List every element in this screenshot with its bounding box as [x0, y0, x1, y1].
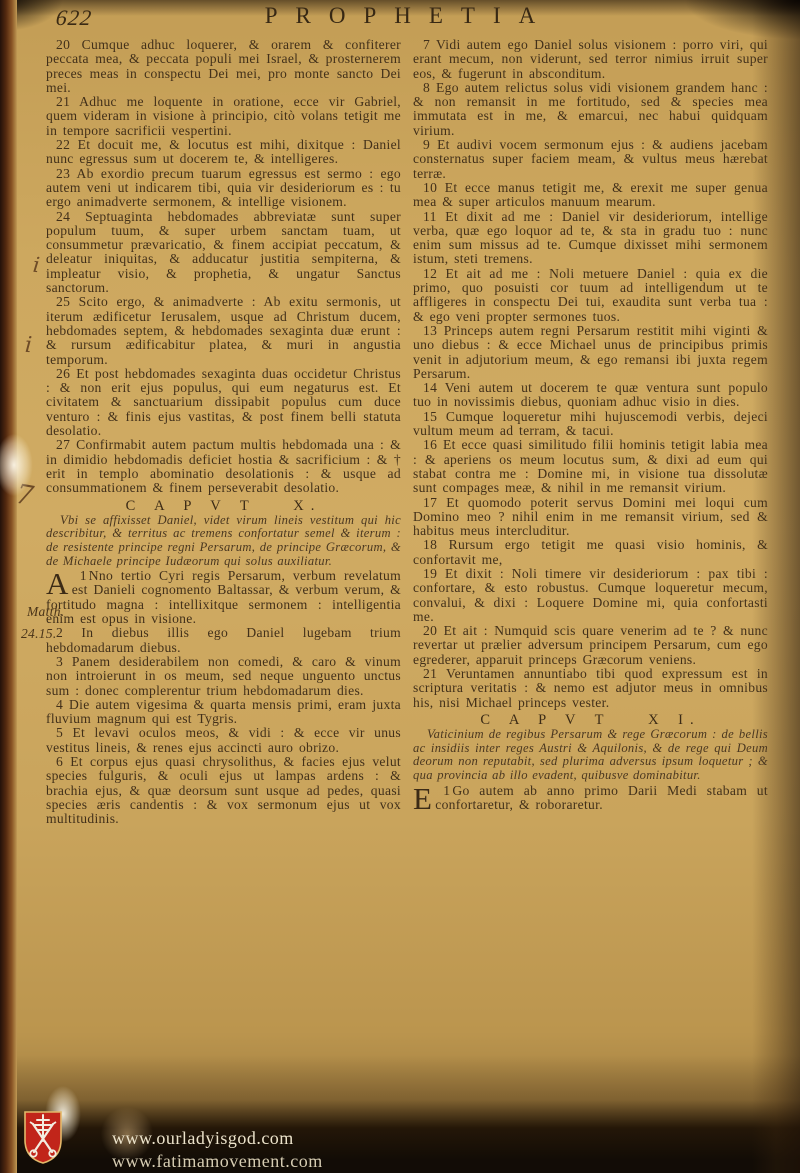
verse: 25 Scito ergo, & animadverte : Ab exitu …	[46, 295, 401, 366]
handwritten-margin-mark: i	[24, 333, 33, 358]
watermark-url-fatimamovement: www.fatimamovement.com	[112, 1151, 323, 1172]
verse: 20 Et ait : Numquid scis quare venerim a…	[413, 624, 768, 667]
verse: 3 Panem desiderabilem non comedi, & caro…	[46, 655, 401, 698]
verse-with-dropcap: 1ANno tertio Cyri regis Persarum, verbum…	[46, 569, 401, 626]
verse-text: Nno tertio Cyri regis Persarum, verbum r…	[46, 568, 401, 626]
verse-with-dropcap: 1EGo autem ab anno primo Darii Medi stab…	[413, 784, 768, 813]
verse: 23 Ab exordio precum tuarum egressus est…	[46, 167, 401, 210]
page-number: 622	[55, 5, 94, 31]
chapter-argument: Vbi se affixisset Daniel, videt virum li…	[46, 514, 401, 568]
book-binding-edge	[0, 0, 17, 1173]
verse: 13 Princeps autem regni Persarum restiti…	[413, 324, 768, 381]
margin-cross-reference-book: Matth.	[27, 604, 64, 620]
verse: 16 Et ecce quasi similitudo filii homini…	[413, 438, 768, 495]
handwritten-margin-mark: i	[32, 253, 41, 278]
verse-number: 1	[72, 568, 89, 583]
verse: 26 Et post hebdomades sexaginta duas occ…	[46, 367, 401, 438]
verse: 10 Et ecce manus tetigit me, & erexit me…	[413, 181, 768, 210]
handwritten-margin-mark: 7	[13, 479, 35, 513]
verse: 27 Confirmabit autem pactum multis hebdo…	[46, 438, 401, 495]
verse: 21 Adhuc me loquente in oratione, ecce v…	[46, 95, 401, 138]
chapter-heading-caput-x: C A P V T X.	[46, 499, 401, 513]
verse: 5 Et levavi oculos meos, & vidi : & ecce…	[46, 726, 401, 755]
chapter-heading-caput-xi: C A P V T X I.	[413, 713, 768, 727]
verse-number: 1	[435, 783, 452, 798]
verse: 15 Cumque loqueretur mihi hujuscemodi ve…	[413, 410, 768, 439]
verse-text: Go autem ab anno primo Darii Medi stabam…	[435, 783, 768, 812]
papal-crest-crossed-keys-icon	[22, 1107, 64, 1165]
dropcap-initial: A	[46, 569, 72, 596]
margin-cross-reference-verse: 24.15.	[21, 626, 57, 642]
chapter-argument: Vaticinium de regibus Persarum & rege Gr…	[413, 728, 768, 782]
dropcap-initial: E	[413, 784, 435, 811]
verse: 22 Et docuit me, & locutus est mihi, dix…	[46, 138, 401, 167]
running-title: PROPHETIA	[120, 3, 680, 29]
verse: 6 Et corpus ejus quasi chrysolithus, & f…	[46, 755, 401, 826]
verse: 20 Cumque adhuc loquerer, & orarem & con…	[46, 38, 401, 95]
verse: 24 Septuaginta hebdomades abbreviatæ sun…	[46, 210, 401, 296]
verse: 12 Et ait ad me : Noli metuere Daniel : …	[413, 267, 768, 324]
verse: 7 Vidi autem ego Daniel solus visionem :…	[413, 38, 768, 81]
verse: 17 Et quomodo poterit servus Domini mei …	[413, 496, 768, 539]
verse: 11 Et dixit ad me : Daniel vir desiderio…	[413, 210, 768, 267]
verse: 4 Die autem vigesima & quarta mensis pri…	[46, 698, 401, 727]
verse: 9 Et audivi vocem sermonum ejus : & audi…	[413, 138, 768, 181]
right-column: 7 Vidi autem ego Daniel solus visionem :…	[413, 38, 768, 1118]
left-column: 20 Cumque adhuc loquerer, & orarem & con…	[46, 38, 401, 1118]
verse: 14 Veni autem ut docerem te quæ ventura …	[413, 381, 768, 410]
verse: 8 Ego autem relictus solus vidi visionem…	[413, 81, 768, 138]
verse: 21 Veruntamen annuntiabo tibi quod expre…	[413, 667, 768, 710]
watermark-url-ourladyisgod: www.ourladyisgod.com	[112, 1128, 294, 1149]
verse: 19 Et dixit : Noli timere vir desiderior…	[413, 567, 768, 624]
text-columns: 20 Cumque adhuc loquerer, & orarem & con…	[46, 38, 768, 1118]
book-page-photo: 622 PROPHETIA 20 Cumque adhuc loquerer, …	[0, 0, 800, 1173]
verse: 2 In diebus illis ego Daniel lugebam tri…	[46, 626, 401, 655]
verse: 18 Rursum ergo tetigit me quasi visio ho…	[413, 538, 768, 567]
